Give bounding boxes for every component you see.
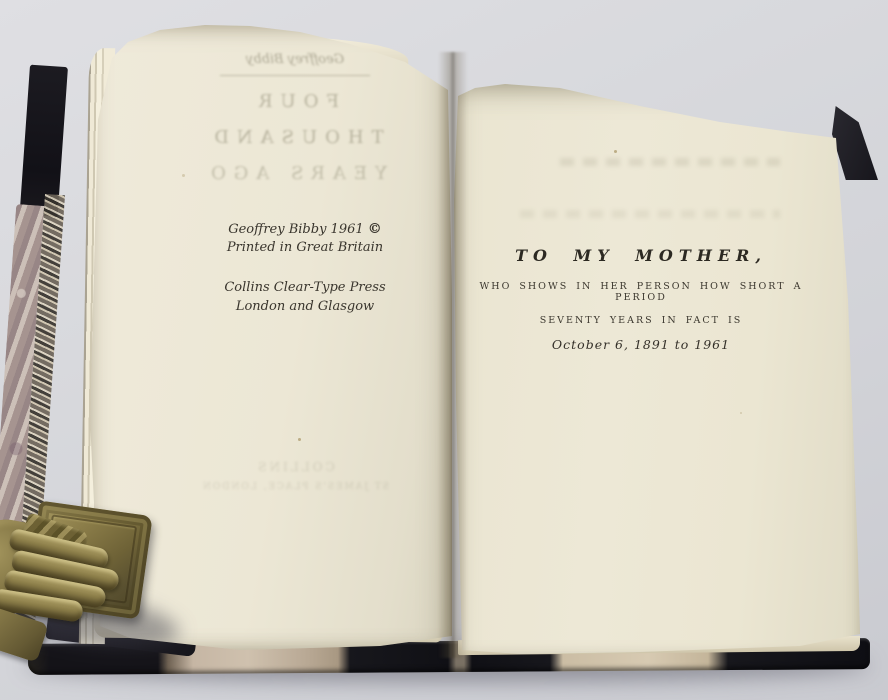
showthrough-smudge xyxy=(520,210,780,218)
copyright-author-year: Geoffrey Bibby 1961 xyxy=(228,222,363,237)
showthrough-imprint-line1: COLLINS xyxy=(140,460,450,474)
right-page: TO MY MOTHER, WHO SHOWS IN HER PERSON HO… xyxy=(450,82,862,660)
copyright-notice: Geoffrey Bibby 1961 © Printed in Great B… xyxy=(160,220,450,257)
showthrough-title-line3: YEARS AGO xyxy=(140,163,450,184)
right-board-corner xyxy=(832,106,878,180)
showthrough-title-line2: THOUSAND xyxy=(140,127,450,148)
showthrough-title-line1: FOUR xyxy=(140,91,450,112)
printer-imprint: Collins Clear-Type Press London and Glas… xyxy=(160,278,450,316)
cover-corner-black xyxy=(20,65,68,217)
foxing-spot xyxy=(298,438,301,441)
showthrough-smudge xyxy=(560,158,780,166)
press-location: London and Glasgow xyxy=(160,297,450,316)
book-photograph: Geoffrey Bibby FOUR THOUSAND YEARS AGO G… xyxy=(0,0,888,700)
dedication-heading: TO MY MOTHER, xyxy=(450,246,832,265)
foxing-spot xyxy=(614,150,617,153)
press-name: Collins Clear-Type Press xyxy=(160,278,450,297)
dedication-dates: October 6, 1891 to 1961 xyxy=(450,337,832,352)
printed-in-line: Printed in Great Britain xyxy=(160,239,450,257)
dedication-line-1: WHO SHOWS IN HER PERSON HOW SHORT A PERI… xyxy=(450,281,832,303)
foxing-spot xyxy=(182,174,185,177)
dedication-line-2: SEVENTY YEARS IN FACT IS xyxy=(450,315,832,326)
copyright-symbol: © xyxy=(368,221,382,237)
foxing-spot xyxy=(740,412,742,414)
dedication-block: TO MY MOTHER, WHO SHOWS IN HER PERSON HO… xyxy=(450,246,862,352)
brass-hand-page-clip xyxy=(0,486,190,662)
showthrough-title-block: Geoffrey Bibby FOUR THOUSAND YEARS AGO xyxy=(140,52,450,184)
showthrough-rule xyxy=(220,75,370,76)
